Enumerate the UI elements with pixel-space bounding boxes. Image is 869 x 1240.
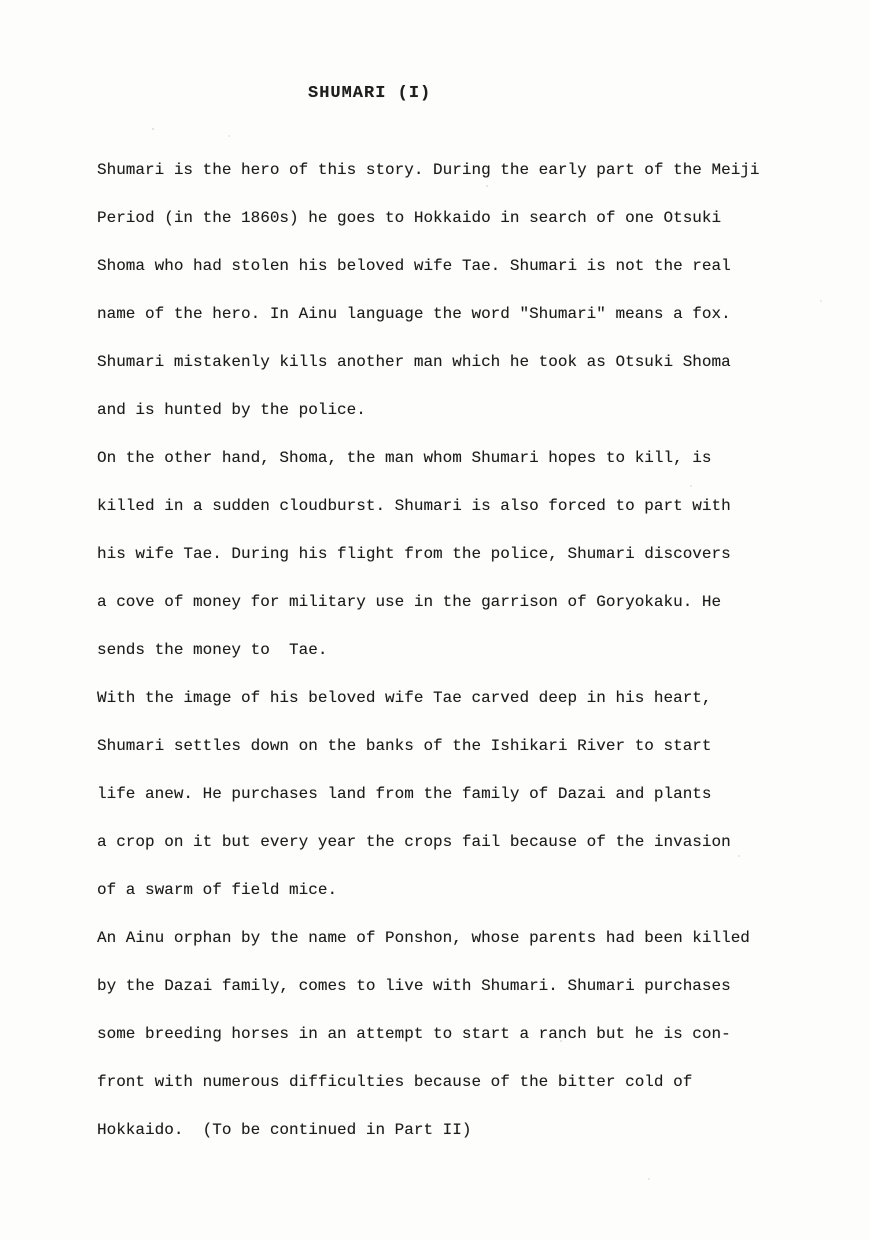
document-page: SHUMARI (I) Shumari is the hero of this … <box>0 0 869 1240</box>
text-line: life anew. He purchases land from the fa… <box>97 784 797 832</box>
text-line: a cove of money for military use in the … <box>97 592 797 640</box>
text-line: Period (in the 1860s) he goes to Hokkaid… <box>97 208 797 256</box>
text-line: name of the hero. In Ainu language the w… <box>97 304 797 352</box>
text-line: and is hunted by the police. <box>97 400 797 448</box>
text-line: With the image of his beloved wife Tae c… <box>97 688 797 736</box>
text-line: An Ainu orphan by the name of Ponshon, w… <box>97 928 797 976</box>
text-line: a crop on it but every year the crops fa… <box>97 832 797 880</box>
text-line: On the other hand, Shoma, the man whom S… <box>97 448 797 496</box>
text-line: Shumari settles down on the banks of the… <box>97 736 797 784</box>
text-line: killed in a sudden cloudburst. Shumari i… <box>97 496 797 544</box>
text-line: by the Dazai family, comes to live with … <box>97 976 797 1024</box>
text-line: Hokkaido. (To be continued in Part II) <box>97 1120 797 1168</box>
text-line: front with numerous difficulties because… <box>97 1072 797 1120</box>
text-line: his wife Tae. During his flight from the… <box>97 544 797 592</box>
text-line: sends the money to Tae. <box>97 640 797 688</box>
text-line: Shumari is the hero of this story. Durin… <box>97 160 797 208</box>
page-title: SHUMARI (I) <box>308 84 431 103</box>
document-body: Shumari is the hero of this story. Durin… <box>97 160 797 1168</box>
text-line: Shumari mistakenly kills another man whi… <box>97 352 797 400</box>
text-line: Shoma who had stolen his beloved wife Ta… <box>97 256 797 304</box>
text-line: some breeding horses in an attempt to st… <box>97 1024 797 1072</box>
scan-noise <box>0 0 2 2</box>
text-line: of a swarm of field mice. <box>97 880 797 928</box>
